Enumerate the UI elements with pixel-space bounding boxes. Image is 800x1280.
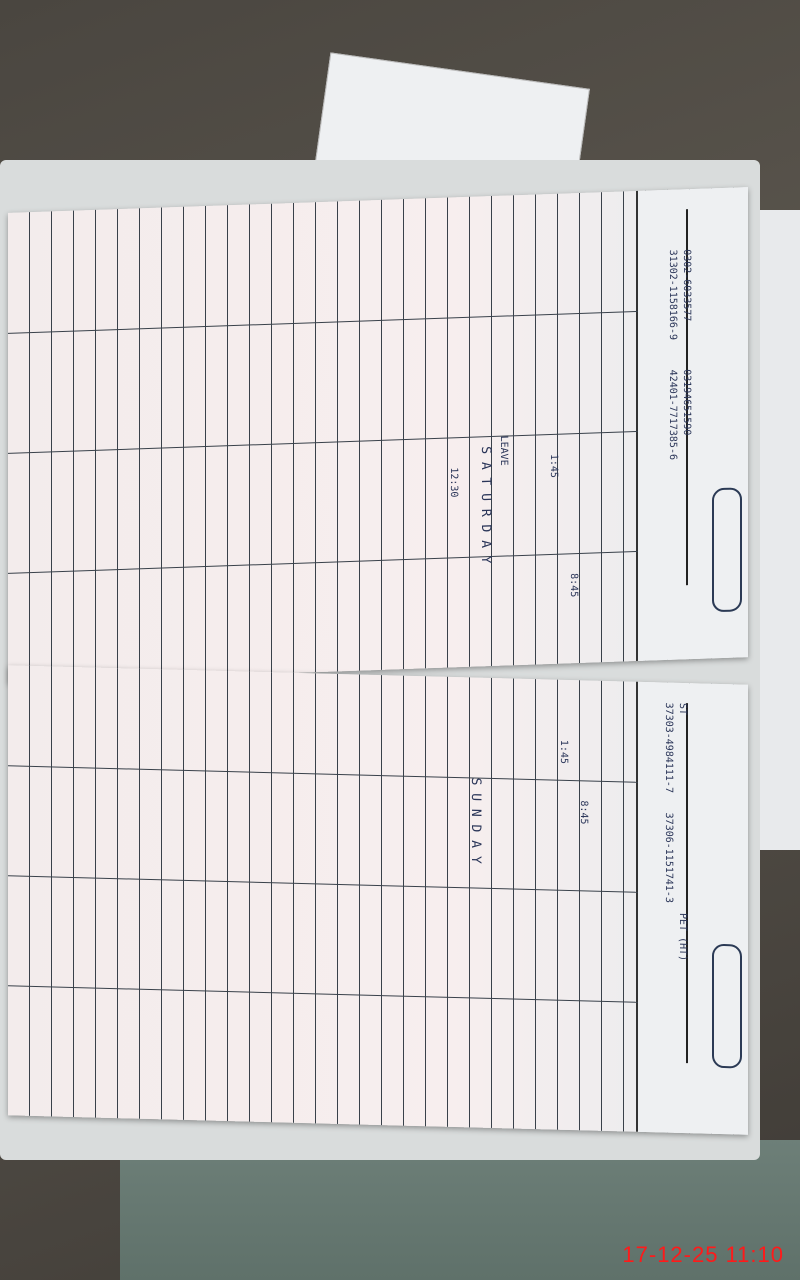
header-number: 0302-6033577 [681,249,692,322]
header-number: 37306-1151741-3 [663,812,674,903]
register-logo [712,487,742,612]
header-number: 42401-7717385-6 [667,370,678,461]
title-line [686,703,712,1064]
holiday-note: S A T U R D A Y [478,446,493,564]
row-divider [8,551,638,574]
lower-page-header: PET (HT) ST 37303-4984111-7 37306-115174… [636,682,748,1135]
header-number: 03194651590 [681,369,692,436]
row-divider [8,985,638,1002]
row-divider [8,431,638,454]
upper-page: 42401-7717385-6 03194651590 31302-115816… [8,187,748,683]
time-entry: 12:30 [448,467,459,497]
row-divider [8,875,638,892]
leave-note: LEAVE [498,435,509,465]
row-divider [8,311,638,334]
header-code: ST [677,703,688,715]
time-entry: 1:45 [548,454,559,478]
register-logo [712,944,742,1069]
time-entry: 8:45 [578,800,589,824]
lower-page: PET (HT) ST 37303-4984111-7 37306-115174… [8,665,748,1134]
header-code: PET (HT) [677,913,688,961]
time-entry: 8:45 [568,573,579,597]
row-divider [8,765,638,782]
upper-page-header: 42401-7717385-6 03194651590 31302-115816… [636,187,748,661]
holiday-note: S U N D A Y [468,777,483,863]
timestamp-overlay: 17-12-25 11:10 [622,1242,784,1268]
header-number: 37303-4984111-7 [663,702,674,793]
time-entry: 1:45 [558,740,569,764]
register-book: 42401-7717385-6 03194651590 31302-115816… [0,160,760,1160]
header-number: 31302-1158166-9 [667,250,678,341]
